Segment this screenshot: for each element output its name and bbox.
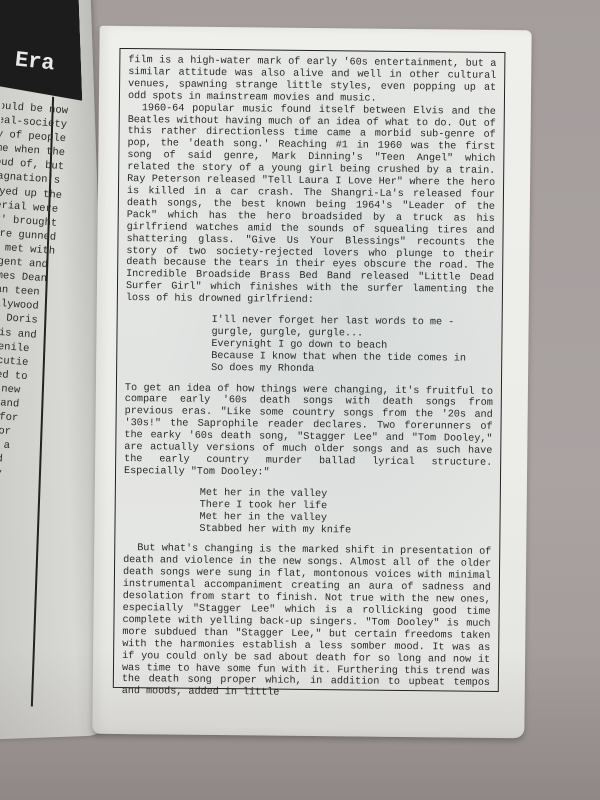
article-body: film is a high-water mark of early '60s … <box>122 55 497 702</box>
lyric-block-tom-dooley: Met her in the valleyThere I took her li… <box>199 488 491 539</box>
lyric-line: Stabbed her with my knife <box>199 523 491 538</box>
left-page-header: Era <box>0 0 82 105</box>
paragraph-3: To get an idea of how things were changi… <box>124 383 493 482</box>
paragraph-4: But what's changing is the marked shift … <box>122 543 492 702</box>
paragraph-2: 1960-64 popular music found itself betwe… <box>126 103 496 309</box>
paragraph-1: film is a high-water mark of early '60s … <box>128 55 496 106</box>
magazine-page: film is a high-water mark of early '60s … <box>92 26 531 738</box>
article-frame: film is a high-water mark of early '60s … <box>113 48 506 692</box>
left-page-title: Era <box>14 47 56 76</box>
lyric-block-little-dead-surfer-girl: I'll never forget her last words to me -… <box>211 315 494 377</box>
